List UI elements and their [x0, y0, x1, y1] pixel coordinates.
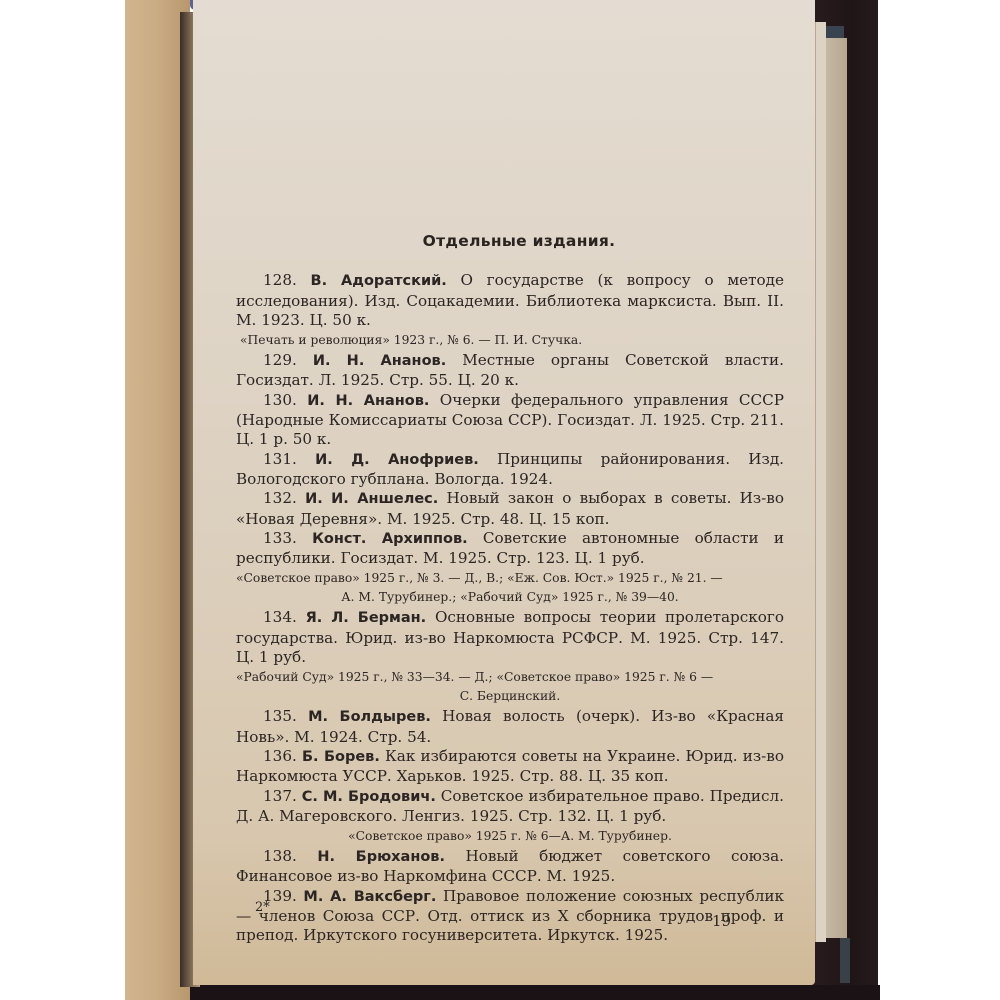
entry-number: 128.: [263, 271, 297, 289]
page-text: Отдельные издания. 128. В. Адоратский. О…: [236, 232, 784, 946]
entry-number: 137.: [263, 787, 297, 805]
bibliography-entry: 139. М. А. Ваксберг. Правовое положение …: [236, 887, 784, 946]
entry-review: «Рабочий Суд» 1925 г., № 33—34. — Д.; «С…: [236, 669, 784, 686]
bibliography-entry: 133. Конст. Архиппов. Советские автономн…: [236, 529, 784, 607]
entry-author: Н. Брюханов.: [317, 849, 445, 865]
bibliography-entry: 136. Б. Борев. Как избираются советы на …: [236, 747, 784, 787]
entry-author: С. М. Бродович.: [302, 789, 436, 805]
entry-review: «Советское право» 1925 г. № 6—А. М. Туру…: [236, 828, 784, 845]
entry-number: 135.: [263, 707, 297, 725]
page-number: 19: [712, 912, 731, 930]
entry-author: В. Адоратский.: [311, 273, 447, 289]
entry-author: Я. Л. Берман.: [306, 610, 427, 626]
entry-author: И. Н. Ананов.: [313, 353, 446, 369]
bibliography-entry: 129. И. Н. Ананов. Местные органы Советс…: [236, 351, 784, 391]
signature-mark: 2*: [255, 900, 270, 915]
entry-number: 130.: [263, 391, 297, 409]
background-table-bottom: [180, 985, 880, 1000]
entry-review: «Советское право» 1925 г., № 3. — Д., В.…: [236, 570, 784, 587]
entry-author: Конст. Архиппов.: [312, 531, 468, 547]
cover-corner-bottom: [840, 938, 850, 983]
bibliography-entry: 137. С. М. Бродович. Советское избирател…: [236, 787, 784, 846]
entry-author: М. Болдырев.: [308, 709, 431, 725]
entry-author: И. И. Аншелес.: [305, 491, 438, 507]
entry-author: И. Д. Анофриев.: [315, 452, 479, 468]
page-stack-edge: [815, 22, 826, 942]
bibliography-entry: 134. Я. Л. Берман. Основные вопросы теор…: [236, 608, 784, 705]
bibliography-entry: 128. В. Адоратский. О государстве (к воп…: [236, 271, 784, 349]
entry-number: 134.: [263, 608, 297, 626]
bibliography-entry: 138. Н. Брюханов. Новый бюджет советског…: [236, 847, 784, 887]
entry-author: И. Н. Ананов.: [307, 393, 429, 409]
entry-number: 132.: [263, 489, 297, 507]
entry-author: Б. Борев.: [302, 749, 380, 765]
entry-review-continued: А. М. Турубинер.; «Рабочий Суд» 1925 г.,…: [236, 589, 784, 606]
entry-review: «Печать и революция» 1923 г., № 6. — П. …: [236, 332, 784, 349]
bibliography-entry: 132. И. И. Аншелес. Новый закон о выбора…: [236, 489, 784, 529]
bibliography-entry: 130. И. Н. Ананов. Очерки федерального у…: [236, 391, 784, 450]
entry-review-continued: С. Берцинский.: [236, 688, 784, 705]
entry-number: 131.: [263, 450, 297, 468]
entry-author: М. А. Ваксберг.: [303, 889, 436, 905]
entry-number: 133.: [263, 529, 297, 547]
section-heading: Отдельные издания.: [254, 232, 784, 251]
bibliography-entry: 135. М. Болдырев. Новая волость (очерк).…: [236, 707, 784, 747]
entry-number: 138.: [263, 847, 297, 865]
bibliography-entry: 131. И. Д. Анофриев. Принципы районирова…: [236, 450, 784, 490]
entry-number: 129.: [263, 351, 297, 369]
entry-number: 136.: [263, 747, 297, 765]
